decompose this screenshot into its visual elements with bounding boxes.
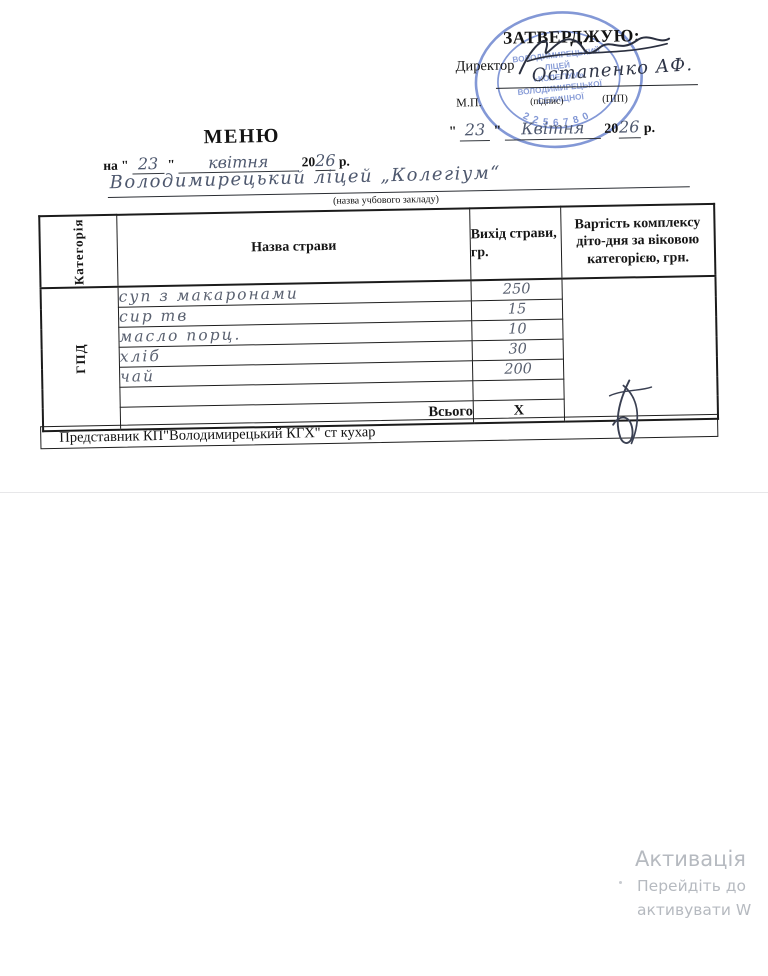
year-suffix: р.: [644, 121, 656, 136]
approval-year-handwritten: 26: [619, 117, 640, 136]
approval-date-line: " 23 " Квітня 2026 р.: [449, 117, 656, 142]
watermark-line1: Активація: [635, 849, 746, 870]
school-name-caption: (назва учбового закладу): [286, 193, 486, 208]
watermark-line3: активувати W: [637, 903, 751, 919]
approval-date-month-handwritten: Квітня: [521, 118, 584, 138]
mp-label: М.П.: [456, 95, 482, 110]
signature-caption: (підпис): [530, 97, 563, 108]
menu-title: МЕНЮ: [92, 123, 392, 151]
header-output: Вихід страви, гр.: [470, 207, 562, 281]
name-caption: (ПІП): [602, 93, 628, 104]
output-cell: 250: [471, 279, 562, 301]
year-prefix: 20: [604, 122, 618, 137]
output-cell: 10: [472, 319, 563, 341]
output-cell: [473, 379, 564, 400]
scan-page-edge-line: [0, 492, 768, 493]
approval-date-day-handwritten: 23: [465, 120, 486, 139]
scanned-menu-document: ВОЛОДИМИРЕЦЬКИЙ ЛІЦЕЙ «КОЛЕГІУМ» ВОЛОДИМ…: [0, 0, 768, 487]
header-dish: Назва страви: [117, 208, 471, 286]
quote-close: ": [493, 124, 501, 139]
table-header-row: Категорія Назва страви Вихід страви, гр.…: [39, 204, 715, 288]
output-cell: 15: [471, 299, 562, 321]
director-signature: [509, 31, 675, 82]
menu-date-prefix: на: [103, 158, 118, 173]
scan-speck: [619, 881, 622, 884]
quote-close: ": [167, 157, 175, 172]
output-cell: 200: [472, 359, 563, 381]
output-cell: 30: [472, 339, 563, 361]
quote-open: ": [121, 158, 129, 173]
header-category: Категорія: [39, 215, 118, 288]
director-label: Директор: [455, 57, 514, 75]
watermark-line2: Перейдіть до: [637, 879, 746, 895]
quote-open: ": [449, 125, 457, 140]
category-cell: ГПД: [41, 287, 121, 431]
header-cost: Вартість комплексу діто-дня за віковою к…: [561, 204, 716, 279]
cook-signature: [597, 377, 658, 452]
